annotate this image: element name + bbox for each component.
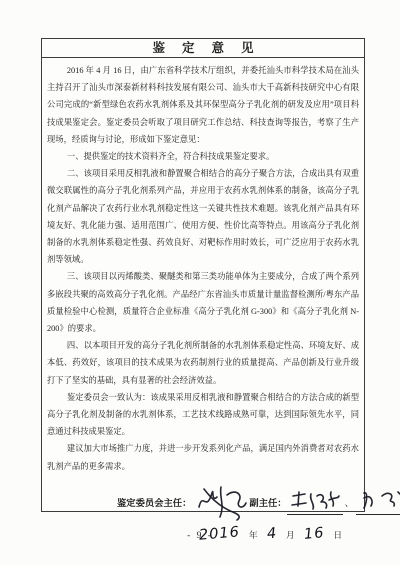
document-border: 鉴定意见 2016 年 4 月 16 日，由广东省科学技术厅组织，并委托汕头市科…: [41, 38, 365, 512]
title-bar: 鉴定意见: [42, 39, 364, 58]
page-title: 鉴定意见: [42, 39, 364, 57]
vice-signature-line-2: [356, 488, 400, 515]
paragraph-point-4: 四、以本项目开发的高分子乳化剂所制备的水乳剂体系稳定性高、环境友好、成本低、药效…: [47, 337, 359, 389]
document-body: 2016 年 4 月 16 日，由广东省科学技术厅组织，并委托汕头市科学技术局在…: [42, 58, 364, 543]
paragraph-point-1: 一、提供鉴定的技术资料齐全，符合科技成果鉴定要求。: [47, 148, 359, 165]
paragraph-conclusion: 鉴定委员会一致认为：该成果采用反相乳液和静置聚合相结合的方法合成的新型高分子乳化…: [47, 389, 359, 441]
chairman-signature: [191, 483, 249, 521]
vice-chairman-signature-1: [289, 488, 341, 514]
vice-chairman-label: 副主任：: [249, 495, 286, 509]
paragraph-intro: 2016 年 4 月 16 日，由广东省科学技术厅组织，并委托汕头市科学技术局在…: [47, 62, 359, 148]
paragraph-point-2: 二、该项目采用反相乳液和静置聚合相结合的高分子聚合方法，合成出具有双重微交联属性…: [47, 165, 359, 268]
paragraph-suggestion: 建议加大市场推广力度，并进一步开发系列化产品，满足国内外消费者对农药水乳剂产品的…: [47, 440, 359, 474]
paragraph-point-3: 三、该项目以丙烯酸类、聚醚类和第三类功能单体为主要成分，合成了两个系列多嵌段共聚…: [47, 268, 359, 337]
signature-separator: 、: [343, 495, 356, 509]
chairman-label: 鉴定委员会主任：: [117, 495, 191, 509]
page-number: - 9 -: [0, 531, 400, 541]
vice-signature-line-1: [287, 488, 343, 515]
vice-chairman-signature-2: [358, 488, 400, 514]
signature-row: 鉴定委员会主任： 副主任： 、: [117, 483, 359, 521]
